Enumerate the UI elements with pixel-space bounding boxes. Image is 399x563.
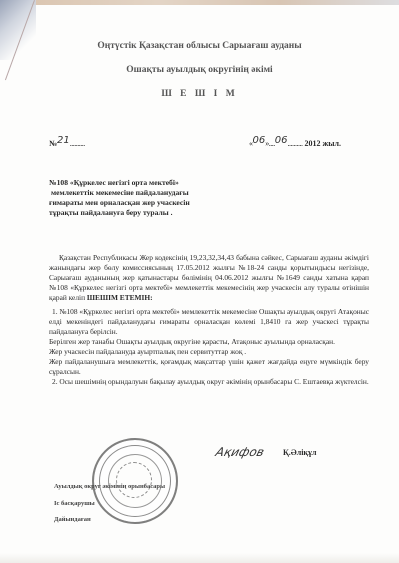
item-1-note-2: Жер учаскесін пайдалануда ауыртпалық пен… (49, 347, 369, 357)
subject-line: мемлекеттік мекемесіне пайдаланудағы (49, 188, 249, 198)
item-2: 2. Осы шешімнің орындалуын бақылау ауылд… (49, 377, 369, 387)
footer-manager-label: Іс басқарушы (54, 500, 95, 507)
date-year: 2012 жыл. (304, 139, 341, 148)
date-open: « (249, 139, 253, 148)
subject-line: ғимараты мен орналасқан жер учаскесін (49, 198, 249, 208)
official-seal-stamp (92, 438, 178, 524)
subject-line: №108 «Құркелес негізгі орта мектебі» (49, 178, 249, 188)
number-dots: .......... (70, 139, 85, 148)
item-1-note-1: Берілген жер танабы Ошақты ауылдық округ… (49, 337, 369, 347)
date-day: 06 (253, 135, 266, 146)
seal-emblem-icon (116, 462, 152, 498)
date-dots: .......... (287, 139, 302, 148)
date-month: 06 (275, 135, 288, 146)
footer-deputy-label: Ауылдық округ әкімінің орынбасары (54, 483, 165, 490)
handwritten-signature: Ақифов (214, 445, 266, 459)
decision-number: №21.......... (49, 138, 85, 149)
footer-prepared-label: Дайындаған (54, 516, 91, 523)
signer-name: Қ.Әліқұл (283, 448, 317, 457)
number-value: 21 (57, 135, 70, 146)
header-authority: Ошақты ауылдық округінің әкімі (0, 65, 399, 75)
page-bottom-edge (0, 553, 399, 563)
document-page: Оңтүстік Қазақстан облысы Сарыағаш аудан… (0, 0, 399, 563)
number-prefix: № (49, 139, 57, 148)
decision-items: 1. №108 «Құркелес негізгі орта мектебі» … (49, 307, 369, 387)
page-top-edge (0, 0, 399, 5)
decree-word: ШЕШІМ ЕТЕМІН: (87, 293, 153, 302)
subject-line: тұрақты пайдалануға беру туралы . (49, 208, 249, 218)
decision-date: «06»....06.......... 2012 жыл. (249, 138, 341, 149)
item-1-note-3: Жер пайдаланушыға мемлекеттік, қоғамдық … (49, 357, 369, 377)
decision-subject: №108 «Құркелес негізгі орта мектебі» мем… (49, 178, 249, 218)
preamble-paragraph: Қазақстан Республикасы Жер кодексінің 19… (49, 253, 369, 303)
header-region: Оңтүстік Қазақстан облысы Сарыағаш аудан… (0, 41, 399, 51)
document-title: Ш Е Ш І М (0, 89, 399, 99)
item-1: 1. №108 «Құркелес негізгі орта мектебі» … (49, 307, 369, 337)
